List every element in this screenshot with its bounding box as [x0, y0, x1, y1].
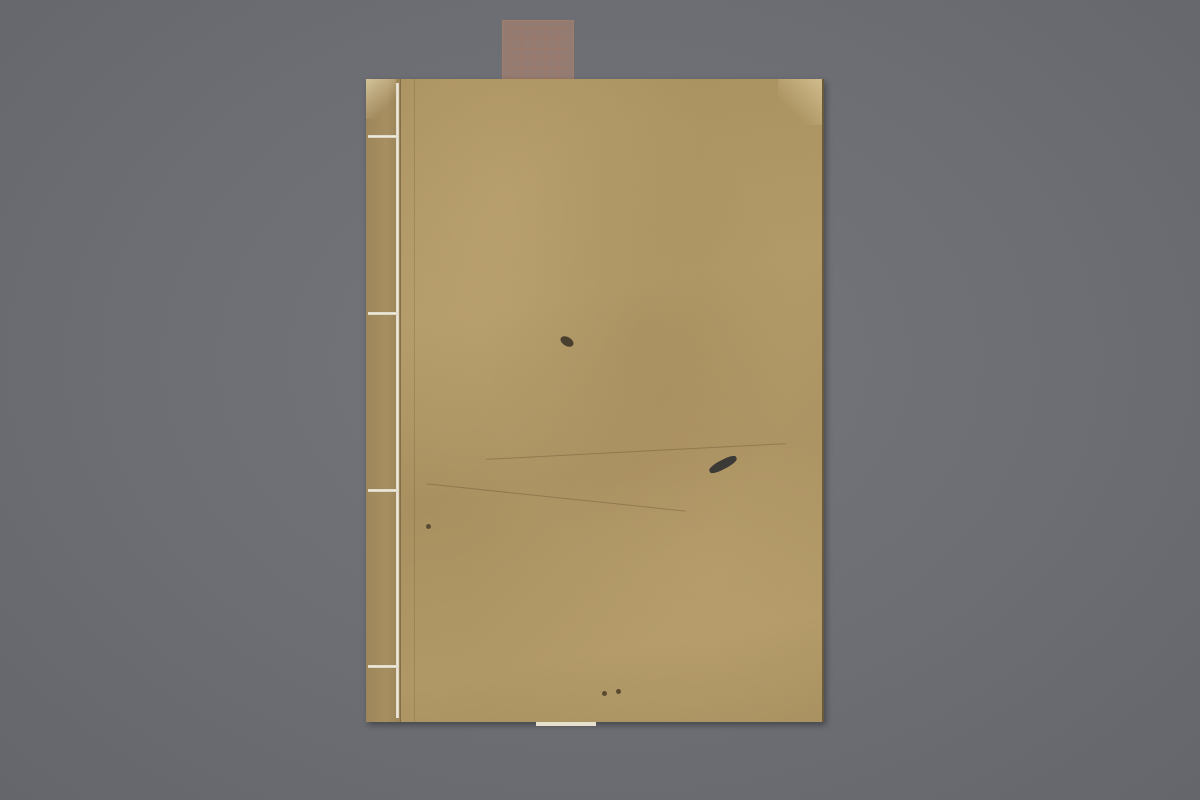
book-cover: [366, 79, 824, 722]
spot: [616, 689, 621, 694]
binding-thread-stitch-2: [368, 312, 398, 315]
page-edge: [536, 722, 596, 726]
worn-corner-top-left: [366, 79, 396, 119]
binding-thread-vertical: [396, 83, 399, 718]
spot: [426, 524, 431, 529]
cover-fold-line: [414, 79, 415, 722]
binding-thread-stitch-1: [368, 135, 398, 138]
surface-crack: [427, 483, 686, 511]
surface-crack: [486, 443, 786, 460]
ink-stain: [559, 334, 576, 349]
spot: [602, 691, 607, 696]
binding-thread-stitch-3: [368, 489, 398, 492]
binding-thread-stitch-4: [368, 665, 398, 668]
ink-stain: [708, 453, 739, 475]
worn-corner-top-right: [778, 79, 822, 125]
